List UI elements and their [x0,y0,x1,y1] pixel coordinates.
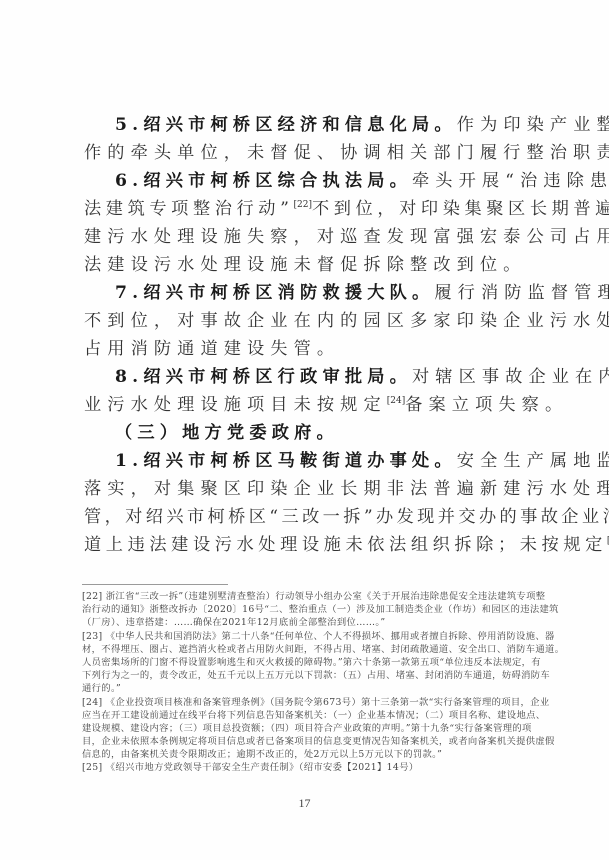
agency-heading: 8.绍兴市柯桥区行政审批局。 [115,367,412,387]
paragraph-7-heading-line: 7.绍兴市柯桥区消防救援大队。履行消防监督管理职责[23] [84,279,534,307]
footnote-line: 信息的，由备案机关责令限期改正；逾期不改正的，处2万元以上5万元以下的罚款。” [82,748,534,761]
footnote-line: 人员密集场所的门窗不得设置影响逃生和灭火救援的障碍物。”第六十条第一款第五项“单… [82,656,534,669]
body-text-span: 法建设污水处理设施未督促拆除整改到位。 [84,255,526,275]
body-line: 建污水处理设施失察，对巡查发现富强宏泰公司占用消防通道违 [84,223,534,251]
document-page: 5.绍兴市柯桥区经济和信息化局。作为印染产业整治提升工 作的牵头单位，未督促、协… [0,0,609,860]
agency-heading: 6.绍兴市柯桥区综合执法局。 [115,171,412,191]
footnotes: [22] 浙江省“三改一拆”（违建别墅清查整治）行动领导小组办公室《关于开展治违… [82,590,534,775]
body-text-span: 不到位，对印染集聚区长期普遍非法新 [312,199,609,219]
body-line: 道上违法建设污水处理设施未依法组织拆除；未按规定[25]明确由 [84,531,534,559]
footnote-line: （厂房）、违章搭建：……确保在2021年12月底前全部整治到位……。” [82,616,534,629]
body-text-span: 对辖区事故企业在内的印染企 [412,367,609,387]
body-text: 5.绍兴市柯桥区经济和信息化局。作为印染产业整治提升工 作的牵头单位，未督促、协… [84,111,534,559]
body-text-span: 业污水处理设施项目未按规定 [84,395,387,415]
body-text-span: 作为印染产业整治提升工 [457,115,609,135]
footnote-line: [22] 浙江省“三改一拆”（违建别墅清查整治）行动领导小组办公室《关于开展治违… [82,590,534,603]
footnote-line: 通行的。” [82,682,534,695]
footnote-ref-22[interactable]: [22] [293,200,311,210]
body-text-span: 建污水处理设施失察，对巡查发现富强宏泰公司占用消防通道违 [84,227,609,247]
agency-heading: 7.绍兴市柯桥区消防救援大队。 [115,283,434,303]
paragraph-1-heading-line: 1.绍兴市柯桥区马鞍街道办事处。安全生产属地监管责任不 [84,447,534,475]
footnote-line: [24] 《企业投资项目核准和备案管理条例》（国务院令第673号）第十三条第一款… [82,696,534,709]
page-number: 17 [0,796,609,811]
body-line: 落实，对集聚区印染企业长期非法普遍新建污水处理设施放任不 [84,475,534,503]
body-line: 法建筑专项整治行动”[22]不到位，对印染集聚区长期普遍非法新 [84,195,534,223]
paragraph-5-heading-line: 5.绍兴市柯桥区经济和信息化局。作为印染产业整治提升工 [84,111,534,139]
footnote-line: 建设规模、建设内容；（三）项目总投资额；（四）项目符合产业政策的声明。”第十九条… [82,722,534,735]
footnote-line: 治行动的通知》浙整改拆办〔2020〕16号“二、整治重点（一）涉及加工制造类企业… [82,603,534,616]
body-line: 不到位，对事故企业在内的园区多家印染企业污水处理设施违法 [84,307,534,335]
paragraph-8-heading-line: 8.绍兴市柯桥区行政审批局。对辖区事故企业在内的印染企 [84,363,534,391]
footnote-separator [82,584,228,585]
body-text-span: 作的牵头单位，未督促、协调相关部门履行整治职责。 [84,143,609,163]
body-text-span: 安全生产属地监管责任不 [457,451,609,471]
footnote-line: [23] 《中华人民共和国消防法》第二十八条“任何单位、个人不得损坏、挪用或者擅… [82,630,534,643]
body-line: 业污水处理设施项目未按规定[24]备案立项失察。 [84,391,534,419]
footnote-line: 目，企业未依照本条例规定将项目信息或者已备案项目的信息变更情况告知备案机关，或者… [82,735,534,748]
body-text-span: 法建筑专项整治行动” [84,199,293,219]
footnote-line: 材，不得埋压、圈占、遮挡消火栓或者占用防火间距，不得占用、堵塞、封闭疏散通道、安… [82,643,534,656]
section-heading-line: （三）地方党委政府。 [84,419,534,447]
footnote-ref-24[interactable]: [24] [387,396,405,406]
body-text-span: 管，对绍兴市柯桥区“三改一拆”办发现并交办的事故企业消防通 [84,507,609,527]
footnote-line: 下列行为之一的，责令改正，处五千元以上五万元以下罚款：（五）占用、堵塞、封闭消防… [82,669,534,682]
body-text-span: 道上违法建设污水处理设施未依法组织拆除；未按规定 [84,535,607,555]
paragraph-6-heading-line: 6.绍兴市柯桥区综合执法局。牵头开展“治违除患促安全违 [84,167,534,195]
body-text-span: 备案立项失察。 [405,395,568,415]
body-text-span: 不到位，对事故企业在内的园区多家印染企业污水处理设施违法 [84,311,609,331]
agency-heading: 1.绍兴市柯桥区马鞍街道办事处。 [115,451,457,471]
body-line: 管，对绍兴市柯桥区“三改一拆”办发现并交办的事故企业消防通 [84,503,534,531]
agency-heading: 5.绍兴市柯桥区经济和信息化局。 [115,115,457,135]
body-line: 占用消防通道建设失管。 [84,335,534,363]
footnote-line: [25] 《绍兴市地方党政领导干部安全生产责任制》（绍市安委【2021】14号） [82,761,534,774]
body-text-span: 牵头开展“治违除患促安全违 [412,171,609,191]
body-line: 法建设污水处理设施未督促拆除整改到位。 [84,251,534,279]
footnote-line: 应当在开工建设前通过在线平台将下列信息告知备案机关：（一）企业基本情况；（二）项… [82,709,534,722]
body-text-span: 落实，对集聚区印染企业长期非法普遍新建污水处理设施放任不 [84,479,609,499]
section-heading: （三）地方党委政府。 [115,423,339,443]
body-line: 作的牵头单位，未督促、协调相关部门履行整治职责。 [84,139,534,167]
body-text-span: 履行消防监督管理职责 [434,283,609,303]
body-text-span: 占用消防通道建设失管。 [84,339,340,359]
